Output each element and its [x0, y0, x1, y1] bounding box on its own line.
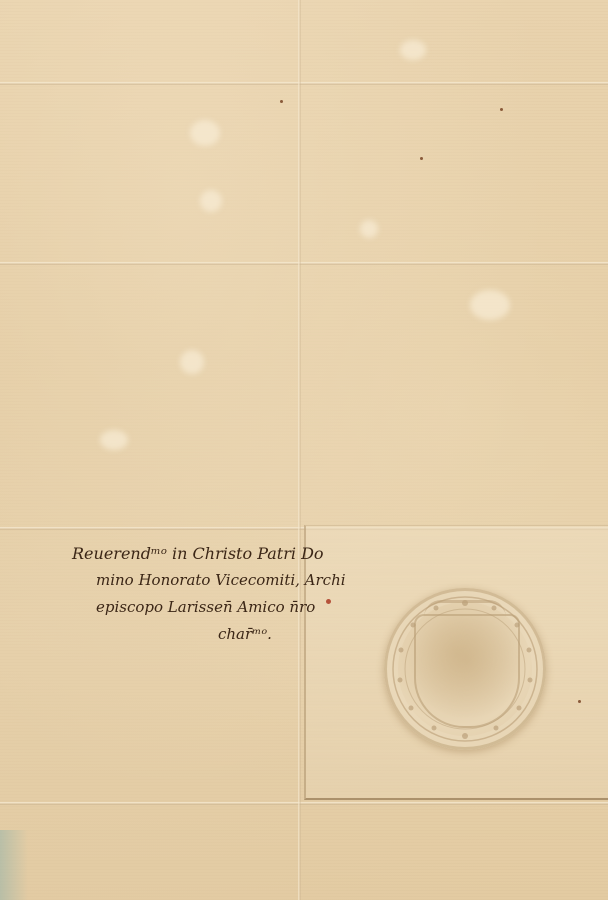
paper-spot: [470, 290, 510, 320]
fold-line: [0, 262, 608, 265]
wax-seal: [384, 588, 546, 750]
ink-speck: [578, 700, 581, 703]
fold-line: [0, 82, 608, 85]
address-line: mino Honorato Vicecomiti, Archi: [72, 567, 312, 594]
coat-of-arms-emblem: [414, 614, 520, 728]
paper-spot: [100, 430, 128, 450]
fold-line: [298, 0, 301, 900]
document-sheet: Reuerendᵐᵒ in Christo Patri Do mino Hono…: [0, 0, 608, 900]
edge-stain: [0, 830, 28, 900]
address-line: episcopo Larissen̄ Amico n̄ro: [72, 594, 312, 621]
red-mark: [326, 599, 331, 604]
fold-line: [0, 802, 608, 805]
address-line: char̄ᵐᵒ.: [72, 621, 312, 648]
handwritten-address: Reuerendᵐᵒ in Christo Patri Do mino Hono…: [72, 540, 312, 648]
paper-spot: [200, 190, 222, 212]
address-line: Reuerendᵐᵒ in Christo Patri Do: [72, 540, 312, 567]
paper-spot: [400, 40, 426, 60]
paper-spot: [190, 120, 220, 146]
ink-speck: [420, 157, 423, 160]
paper-spot: [360, 220, 378, 238]
paper-spot: [180, 350, 204, 374]
ink-speck: [280, 100, 283, 103]
ink-speck: [500, 108, 503, 111]
